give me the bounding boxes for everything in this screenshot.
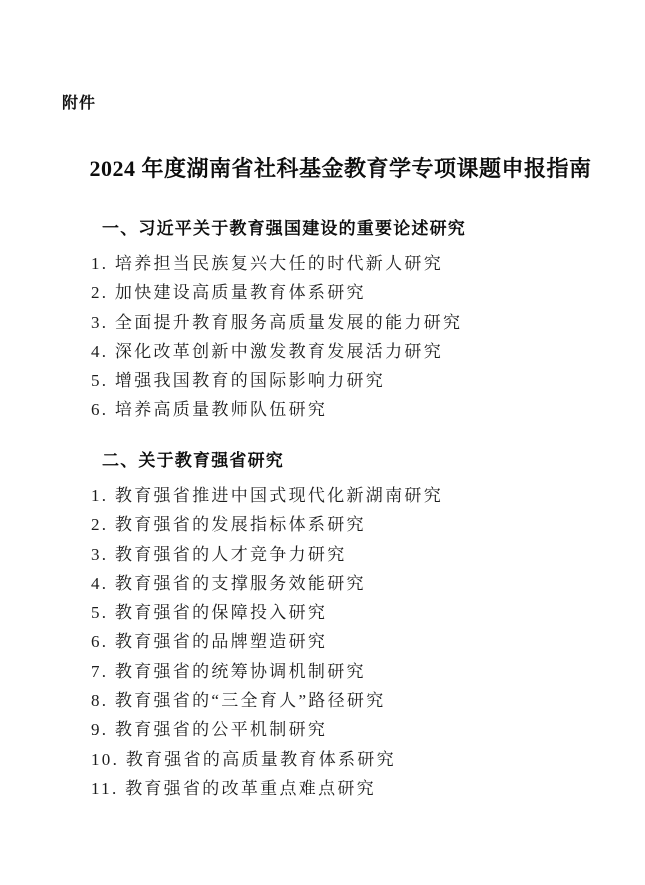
topic-list-item: 1. 培养担当民族复兴大任的时代新人研究 [91, 249, 605, 278]
topic-list-item: 5. 教育强省的保障投入研究 [91, 598, 605, 627]
attachment-label: 附件 [62, 94, 96, 113]
topic-list-item: 3. 教育强省的人才竞争力研究 [91, 540, 605, 569]
topic-section: 二、关于教育强省研究 1. 教育强省推进中国式现代化新湖南研究 2. 教育强省的… [62, 450, 605, 803]
topic-list-item: 7. 教育强省的统筹协调机制研究 [91, 657, 605, 686]
section-heading: 二、关于教育强省研究 [62, 450, 605, 472]
topic-list-item: 2. 加快建设高质量教育体系研究 [91, 278, 605, 307]
document-title: 2024 年度湖南省社科基金教育学专项课题申报指南 [0, 155, 645, 182]
topic-list-item: 5. 增强我国教育的国际影响力研究 [91, 366, 605, 395]
topic-list-item: 6. 教育强省的品牌塑造研究 [91, 627, 605, 656]
topic-list: 1. 教育强省推进中国式现代化新湖南研究 2. 教育强省的发展指标体系研究 3.… [62, 481, 605, 803]
topic-list-item: 6. 培养高质量教师队伍研究 [91, 395, 605, 424]
topic-list-item: 8. 教育强省的“三全育人”路径研究 [91, 686, 605, 715]
topic-list-item: 1. 教育强省推进中国式现代化新湖南研究 [91, 481, 605, 510]
topic-list-item: 2. 教育强省的发展指标体系研究 [91, 510, 605, 539]
topic-list-item: 4. 教育强省的支撑服务效能研究 [91, 569, 605, 598]
topic-list-item: 3. 全面提升教育服务高质量发展的能力研究 [91, 308, 605, 337]
section-heading: 一、习近平关于教育强国建设的重要论述研究 [62, 218, 605, 240]
topic-list-item: 11. 教育强省的改革重点难点研究 [91, 774, 605, 803]
topic-list-item: 9. 教育强省的公平机制研究 [91, 715, 605, 744]
topic-list-item: 4. 深化改革创新中激发教育发展活力研究 [91, 337, 605, 366]
topic-list-item: 10. 教育强省的高质量教育体系研究 [91, 745, 605, 774]
document-page: 附件 2024 年度湖南省社科基金教育学专项课题申报指南 一、习近平关于教育强国… [0, 0, 645, 885]
topic-list: 1. 培养担当民族复兴大任的时代新人研究 2. 加快建设高质量教育体系研究 3.… [62, 249, 605, 425]
topic-section: 一、习近平关于教育强国建设的重要论述研究 1. 培养担当民族复兴大任的时代新人研… [62, 218, 605, 425]
